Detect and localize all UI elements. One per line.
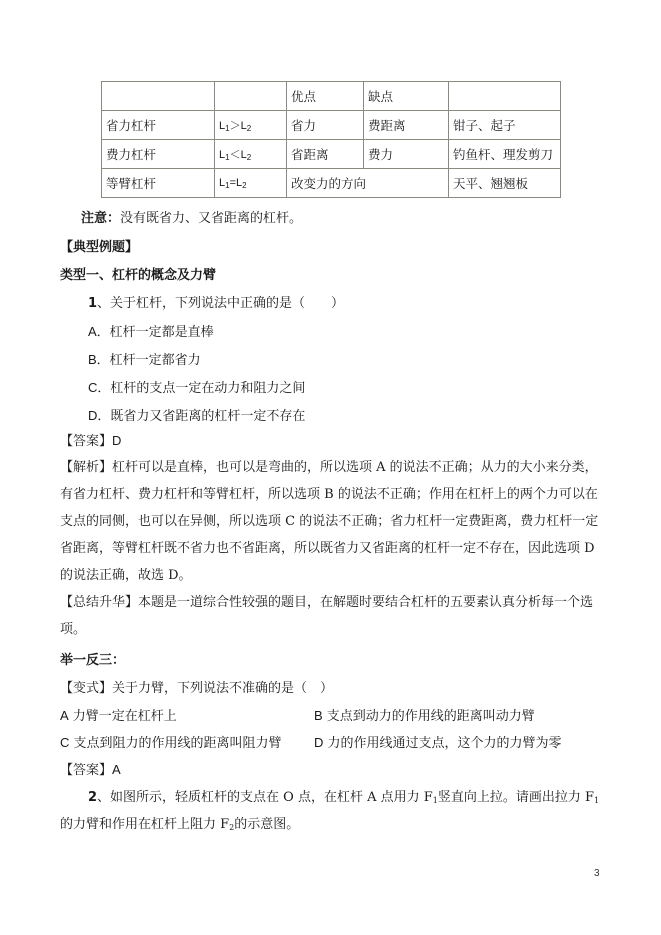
q1-analysis-line: 省距离，等臂杠杆既不省力也不省距离，所以既省力又省距离的杠杆一定不存在，因此选项… — [60, 541, 595, 557]
q1-option-b: B．杠杆一定都省力 — [88, 352, 201, 369]
q1-analysis-line: 【解析】杠杆可以是直棒，也可以是弯曲的，所以选项 A 的说法不正确；从力的大小来… — [60, 460, 598, 476]
lever-examples: 钓鱼杆、理发剪刀 — [449, 140, 561, 169]
lever-advantage: 省力 — [287, 111, 364, 140]
q1-analysis-line: 的说法正确，故选 D。 — [60, 568, 192, 584]
q1-answer: 【答案】D — [60, 433, 121, 450]
table-row: 等臂杠杆 L1=L2 改变力的方向 天平、翘翘板 — [102, 169, 561, 198]
lever-examples: 钳子、起子 — [449, 111, 561, 140]
q1-option-d: D．既省力又省距离的杠杆一定不存在 — [88, 408, 305, 425]
q1-option-a: A．杠杆一定都是直棒 — [88, 324, 214, 341]
lever-type: 费力杠杆 — [102, 140, 215, 169]
header-cell — [449, 82, 561, 111]
header-cell — [215, 82, 287, 111]
type-title: 类型一、杠杆的概念及力臂 — [60, 268, 216, 284]
practice-option-b: B 支点到动力的作用线的距离叫动力臂 — [314, 708, 535, 725]
lever-merged-advantage: 改变力的方向 — [287, 169, 449, 198]
lever-advantage: 省距离 — [287, 140, 364, 169]
practice-option-a: A 力臂一定在杠杆上 — [60, 708, 177, 725]
q2-line2: 的力臂和作用在杠杆上阻力 F2的示意图。 — [60, 817, 299, 833]
q1-option-c: C．杠杆的支点一定在动力和阻力之间 — [88, 380, 305, 397]
practice-title: 举一反三： — [60, 653, 125, 669]
table-row: 费力杠杆 L1＜L2 省距离 费力 钓鱼杆、理发剪刀 — [102, 140, 561, 169]
lever-condition: L1＞L2 — [215, 111, 287, 140]
header-cell-advantage: 优点 — [287, 82, 364, 111]
lever-condition: L1=L2 — [215, 169, 287, 198]
header-cell-disadvantage: 缺点 — [364, 82, 449, 111]
header-cell — [102, 82, 215, 111]
lever-condition: L1＜L2 — [215, 140, 287, 169]
lever-comparison-table: 优点 缺点 省力杠杆 L1＞L2 省力 费距离 钳子、起子 费力杠杆 L1＜L2… — [101, 81, 561, 198]
lever-disadvantage: 费力 — [364, 140, 449, 169]
practice-answer: 【答案】A — [60, 762, 121, 779]
note-line: 注意：没有既省力、又省距离的杠杆。 — [81, 211, 302, 227]
q1-summary-line: 【总结升华】本题是一道综合性较强的题目，在解题时要结合杠杆的五要素认真分析每一个… — [60, 595, 593, 611]
q1-analysis-line: 有省力杠杆、费力杠杆和等臂杠杆，所以选项 B 的说法不正确；作用在杠杆上的两个力… — [60, 487, 598, 503]
q1-analysis-line: 支点的同侧，也可以在异侧，所以选项 C 的说法不正确；省力杠杆一定费距离，费力杠… — [60, 514, 598, 530]
q1-stem: 1、关于杠杆，下列说法中正确的是（ ） — [88, 296, 344, 312]
lever-disadvantage: 费距离 — [364, 111, 449, 140]
section-title: 【典型例题】 — [60, 240, 138, 256]
practice-option-c: C 支点到阻力的作用线的距离叫阻力臂 — [60, 735, 282, 752]
note-text: 没有既省力、又省距离的杠杆。 — [120, 211, 302, 226]
lever-examples: 天平、翘翘板 — [449, 169, 561, 198]
q2-line1: 2、如图所示，轻质杠杆的支点在 O 点，在杠杆 A 点用力 F1竖直向上拉。请画… — [88, 790, 599, 806]
q1-summary-line: 项。 — [60, 622, 86, 638]
table-row: 省力杠杆 L1＞L2 省力 费距离 钳子、起子 — [102, 111, 561, 140]
practice-option-d: D 力的作用线通过支点，这个力的力臂为零 — [314, 735, 562, 752]
lever-type: 等臂杠杆 — [102, 169, 215, 198]
practice-stem: 【变式】关于力臂，下列说法不准确的是（ ） — [60, 681, 333, 697]
lever-type: 省力杠杆 — [102, 111, 215, 140]
note-label: 注意 — [81, 211, 107, 226]
page-number: 3 — [594, 868, 600, 879]
table-header-row: 优点 缺点 — [102, 82, 561, 111]
